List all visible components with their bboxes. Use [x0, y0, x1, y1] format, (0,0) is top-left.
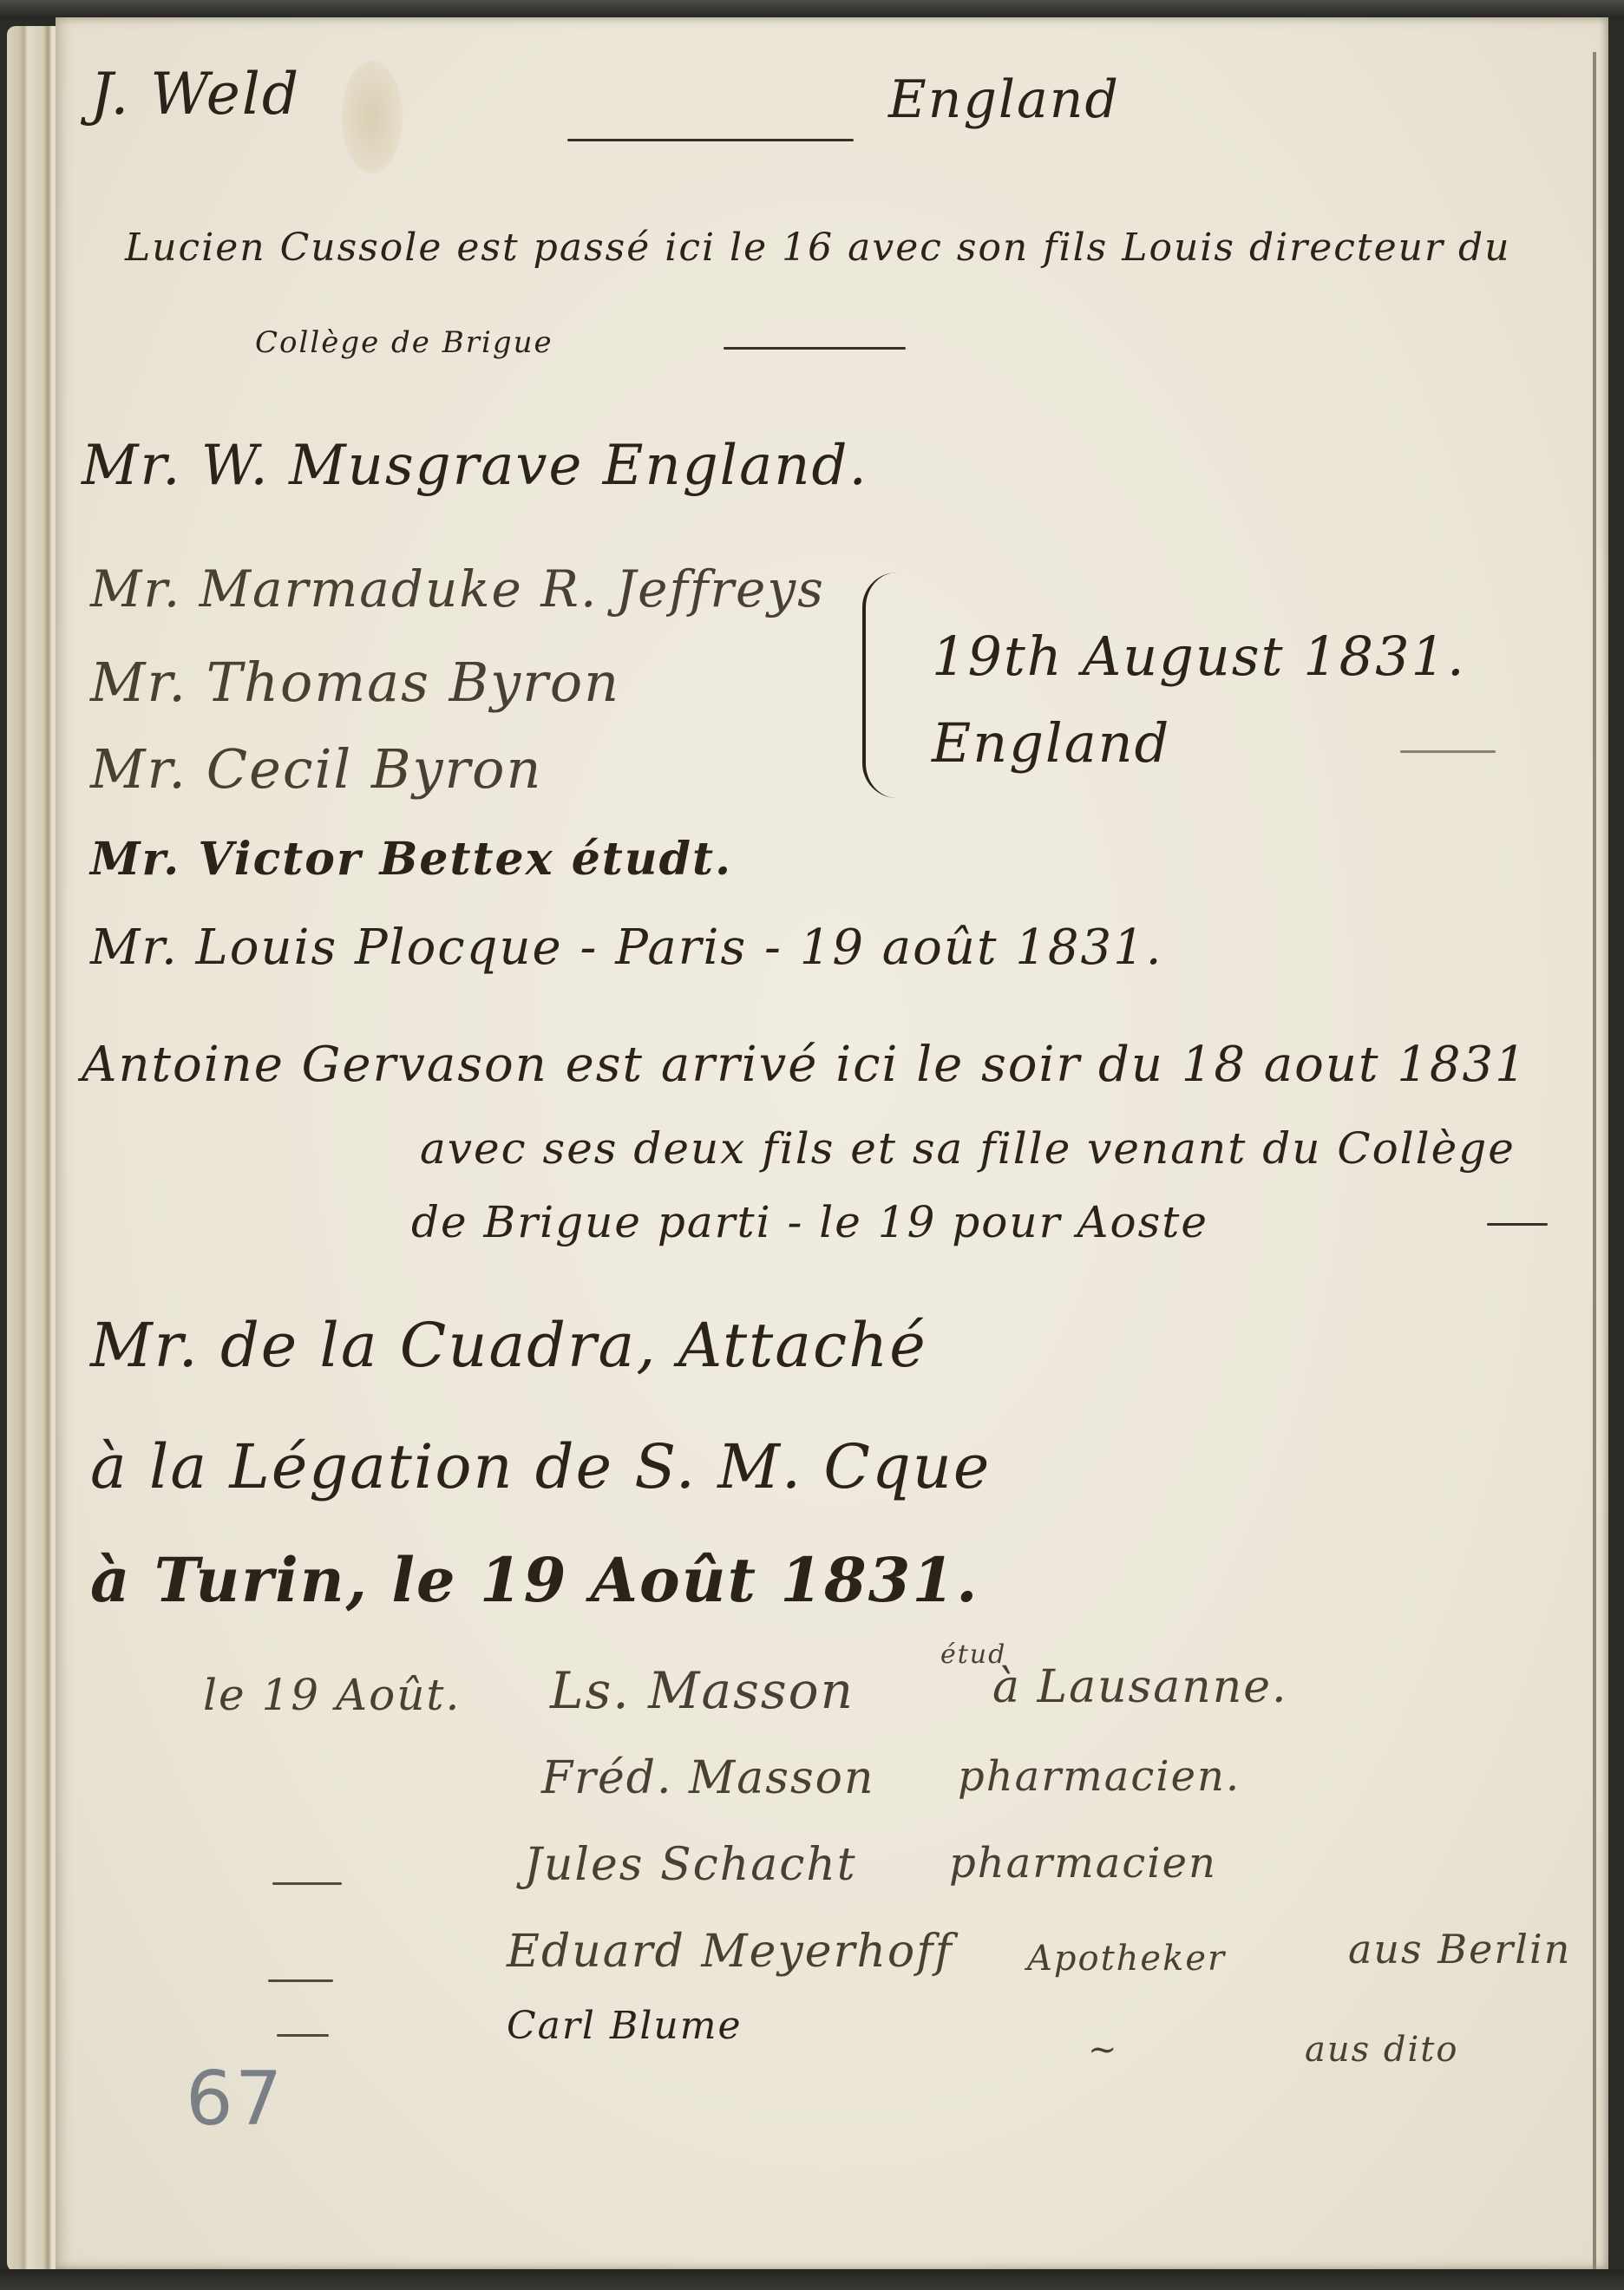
entry-blume-place: aus dito: [1305, 2030, 1458, 2070]
ditto-dash: [277, 2034, 329, 2037]
entry-group-origin: England: [932, 711, 1170, 775]
entry-blume-name: Carl Blume: [507, 2004, 743, 2048]
entry-gervason-line3: de Brigue parti - le 19 pour Aoste: [411, 1197, 1208, 1247]
ditto-dash: [268, 1979, 333, 1982]
paper-stain: [342, 61, 403, 173]
entry-masson-f-note: pharmacien.: [958, 1752, 1241, 1801]
book-binding-bottom: [0, 2269, 1624, 2290]
entry-masson-l-place: à Lausanne.: [992, 1661, 1288, 1713]
separator-dash: [724, 347, 906, 350]
separator-dash: [1487, 1223, 1548, 1226]
entry-schacht-note: pharmacien: [949, 1839, 1217, 1888]
entry-lucien-line2: Collège de Brigue: [255, 325, 553, 360]
entry-cuadra-line1: Mr. de la Cuadra, Attaché: [90, 1310, 927, 1381]
entry-meyerhoff-note: Apotheker: [1027, 1939, 1226, 1979]
entry-group-date: 19th August 1831.: [932, 625, 1466, 688]
entry-plocque: Mr. Louis Plocque - Paris - 19 août 1831…: [90, 919, 1163, 976]
entry-masson-l-name: Ls. Masson: [550, 1661, 855, 1720]
entry-victor-bettex: Mr. Victor Bettex étudt.: [90, 833, 732, 886]
entry-meyerhoff-place: aus Berlin: [1348, 1926, 1571, 1973]
entry-weld-name: J. Weld: [90, 61, 300, 128]
entry-thomas-byron: Mr. Thomas Byron: [90, 651, 620, 714]
entry-jeffreys: Mr. Marmaduke R. Jeffreys: [90, 559, 825, 618]
separator-dash: [567, 139, 854, 141]
entry-masson-f-name: Fréd. Masson: [541, 1752, 874, 1804]
entry-cuadra-line3: à Turin, le 19 Août 1831.: [90, 1544, 979, 1616]
entry-lucien-line1: Lucien Cussole est passé ici le 16 avec …: [125, 226, 1510, 270]
separator-dash: [1400, 750, 1496, 753]
bracket-group: [862, 572, 900, 798]
entry-masson-l-date: le 19 Août.: [203, 1670, 461, 1720]
page-number: 67: [186, 2056, 284, 2143]
entry-cecil-byron: Mr. Cecil Byron: [90, 737, 542, 801]
entry-gervason-line1: Antoine Gervason est arrivé ici le soir …: [82, 1037, 1528, 1093]
book-binding-top: [0, 0, 1624, 19]
page-right-edge: [1593, 52, 1596, 2273]
entry-cuadra-line2: à la Légation de S. M. Cque: [90, 1431, 991, 1502]
entry-gervason-line2: avec ses deux fils et sa fille venant du…: [420, 1123, 1516, 1174]
entry-schacht-name: Jules Schacht: [524, 1839, 857, 1891]
ditto-dash: [272, 1882, 342, 1885]
entry-musgrave: Mr. W. Musgrave England.: [82, 434, 868, 498]
entry-blume-note: ~: [1088, 2030, 1119, 2070]
entry-meyerhoff-name: Eduard Meyerhoff: [507, 1926, 953, 1978]
register-page: J. Weld England Lucien Cussole est passé…: [56, 17, 1608, 2269]
entry-weld-origin: England: [888, 69, 1120, 130]
